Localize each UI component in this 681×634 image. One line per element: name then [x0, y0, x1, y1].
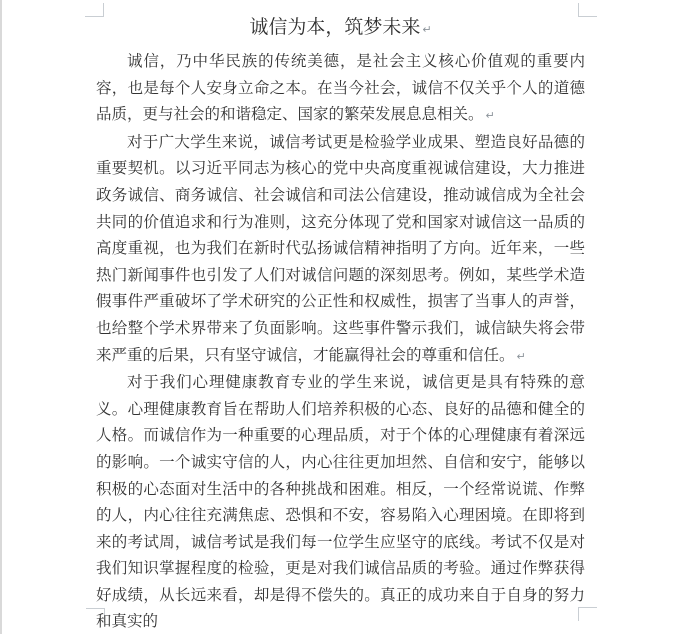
paragraph-mark-icon: ↵ [486, 103, 495, 130]
paragraph-mark-icon: ↵ [422, 16, 431, 43]
document-text-area[interactable]: 诚信为本，筑梦未来↵ 诚信，乃中华民族的传统美德，是社会主义核心价值观的重要内容… [96, 14, 585, 634]
paragraph-2-text: 对于广大学生来说，诚信考试更是检验学业成果、塑造良好品德的重要契机。以习近平同志… [96, 134, 585, 364]
paragraph-mark-icon: ↵ [517, 344, 526, 371]
paragraph-2[interactable]: 对于广大学生来说，诚信考试更是检验学业成果、塑造良好品德的重要契机。以习近平同志… [96, 130, 585, 370]
paragraph-3[interactable]: 对于我们心理健康教育专业的学生来说，诚信更是具有特殊的意义。心理健康教育旨在帮助… [96, 370, 585, 634]
paragraph-3-text: 对于我们心理健康教育专业的学生来说，诚信更是具有特殊的意义。心理健康教育旨在帮助… [96, 374, 585, 630]
document-title[interactable]: 诚信为本，筑梦未来↵ [96, 14, 585, 43]
paragraph-1-text: 诚信，乃中华民族的传统美德，是社会主义核心价值观的重要内容，也是每个人安身立命之… [96, 53, 585, 123]
paragraph-1[interactable]: 诚信，乃中华民族的传统美德，是社会主义核心价值观的重要内容，也是每个人安身立命之… [96, 49, 585, 130]
document-title-text: 诚信为本，筑梦未来 [249, 17, 420, 38]
word-document-page: 诚信为本，筑梦未来↵ 诚信，乃中华民族的传统美德，是社会主义核心价值观的重要内容… [0, 0, 681, 634]
page-edge-line [0, 0, 2, 634]
